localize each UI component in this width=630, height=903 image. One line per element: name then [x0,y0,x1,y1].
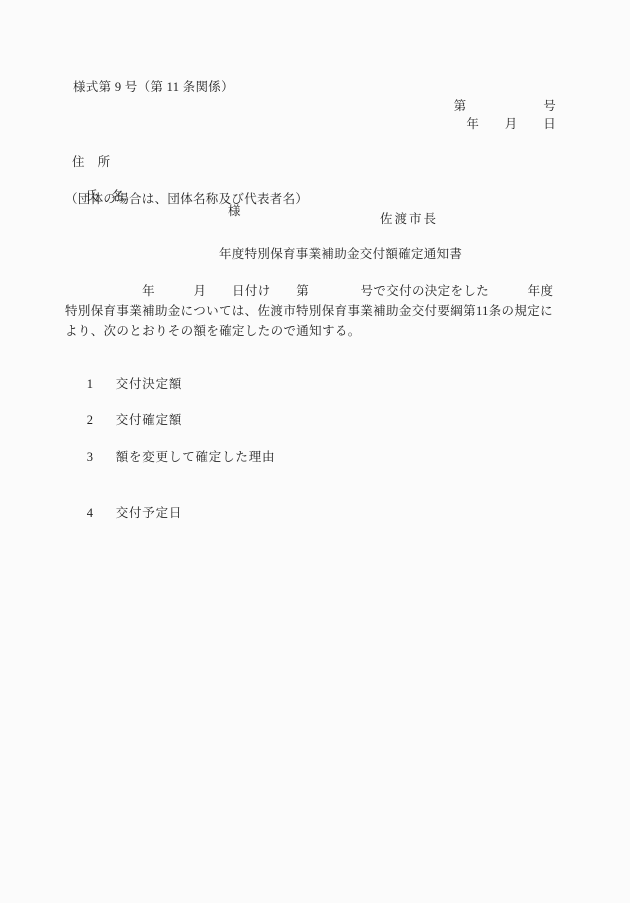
item-label: 交付予定日 [116,506,183,520]
document-number-line: 第 号 [454,99,556,114]
item-number: 4 [87,506,116,521]
item-3: 3額を変更して確定した理由 [73,435,275,480]
sender-mayor: 佐渡市長 [380,212,438,227]
address-label: 住 所 [72,155,110,170]
item-4: 4交付予定日 [73,491,182,536]
document-title: 年度特別保育事業補助金交付額確定通知書 [0,247,630,262]
item-label: 交付確定額 [116,413,183,427]
form-number: 様式第 9 号（第 11 条関係） [73,80,234,95]
group-note: （団体の場合は、団体名称及び代表者名） [65,192,308,207]
document-page: 様式第 9 号（第 11 条関係） 第 号 年 月 日 住 所 氏 名 様 （団… [0,0,630,903]
item-number: 2 [87,413,116,428]
date-line: 年 月 日 [466,117,556,132]
body-line-1: 年 月 日付け 第 号で交付の決定をした 年度 [65,284,553,299]
item-label: 額を変更して確定した理由 [116,450,276,464]
item-number: 1 [87,377,116,392]
item-label: 交付決定額 [116,377,183,391]
item-number: 3 [87,450,116,465]
body-line-2: 特別保育事業補助金については、佐渡市特別保育事業補助金交付要綱第11条の規定に [65,304,553,319]
body-line-3: より、次のとおりその額を確定したので通知する。 [65,324,361,339]
